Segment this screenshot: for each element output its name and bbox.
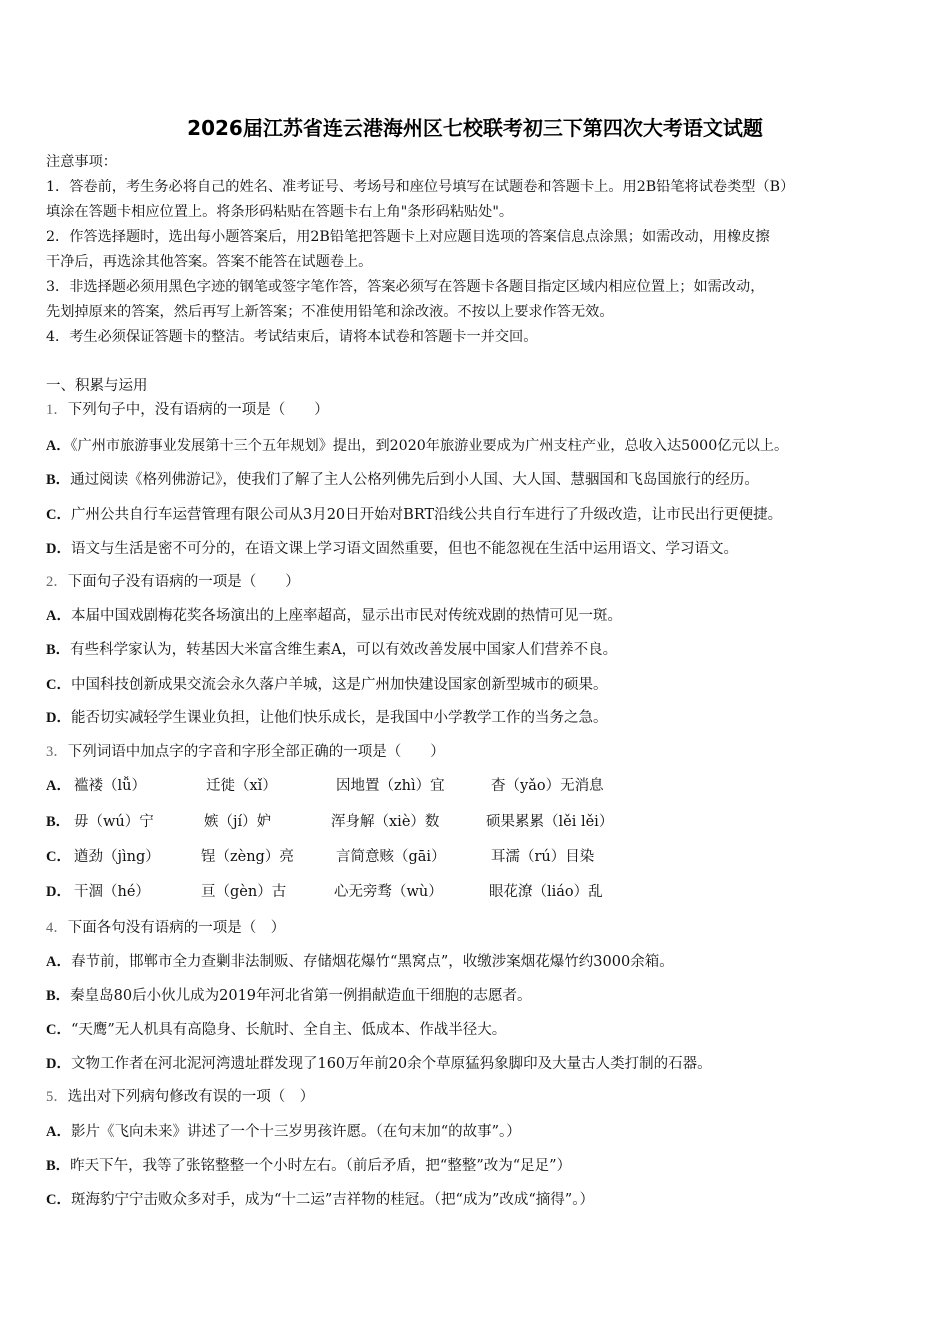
option-text: 通过阅读《格列佛游记》，使我们了解了主人公格列佛先后到小人国、大人国、慧骃国和飞… [70, 472, 759, 488]
question-5-option-a: A．影片《飞向未来》讲述了一个十三岁男孩许愿。（在句末加“的故事”。） [46, 1122, 521, 1142]
question-4-stem: 4．下面各句没有语病的一项是（ ） [46, 918, 285, 938]
question-3-option-a: A． 褴褛（lǚ） 迁徙（xǐ） 因地置（zhì）宜 杳（yǎo）无消息 [46, 776, 646, 796]
question-3-stem: 3．下列词语中加点字的字音和字形全部正确的一项是（ ） [46, 742, 445, 762]
word-item: 遒劲（jìng） [74, 847, 160, 867]
question-1-option-d: D．语文与生活是密不可分的，在语文课上学习语文固然重要，但也不能忽视在生活中运用… [46, 539, 738, 559]
option-letter: B． [46, 988, 70, 1004]
question-stem: 下列句子中，没有语病的一项是（ ） [68, 402, 329, 418]
question-stem: 选出对下列病句修改有误的一项（ ） [68, 1089, 315, 1105]
option-letter: C． [46, 507, 71, 523]
option-text: 语文与生活是密不可分的，在语文课上学习语文固然重要，但也不能忽视在生活中运用语文… [71, 541, 738, 557]
word-item: 硕果累累（lěi lěi） [486, 812, 613, 832]
exam-page: 2026届江苏省连云港海州区七校联考初三下第四次大考语文试题 注意事项： 1．答… [0, 0, 950, 1344]
option-text: 秦皇岛80后小伙儿成为2019年河北省第一例捐献造血干细胞的志愿者。 [70, 988, 531, 1004]
option-text: 本届中国戏剧梅花奖各场演出的上座率超高，显示出市民对传统戏剧的热情可见一斑。 [71, 608, 622, 624]
notice-line: 干净后，再选涂其他答案。答案不能答在试题卷上。 [46, 252, 372, 272]
question-number: 1． [46, 402, 68, 418]
notice-heading: 注意事项： [46, 152, 117, 172]
question-4-option-b: B．秦皇岛80后小伙儿成为2019年河北省第一例捐献造血干细胞的志愿者。 [46, 986, 532, 1006]
question-number: 2． [46, 574, 68, 590]
option-letter: D． [46, 541, 71, 557]
option-letter: B． [46, 1158, 70, 1174]
word-item: 杳（yǎo）无消息 [491, 776, 604, 796]
question-5-option-c: C．斑海豹宁宁击败众多对手，成为“十二运”吉祥物的桂冠。（把“成为”改成“摘得”… [46, 1190, 594, 1210]
option-letter: C． [46, 677, 71, 693]
question-4-option-a: A．春节前，邯郸市全力查剿非法制贩、存储烟花爆竹“黑窝点”，收缴涉案烟花爆竹约3… [46, 952, 674, 972]
option-text: 昨天下午，我等了张铭整整一个小时左右。（前后矛盾，把“整整”改为“足足”） [70, 1158, 571, 1174]
question-number: 4． [46, 920, 68, 936]
word-item: 褴褛（lǚ） [74, 776, 146, 796]
question-5-option-b: B．昨天下午，我等了张铭整整一个小时左右。（前后矛盾，把“整整”改为“足足”） [46, 1156, 571, 1176]
word-item: 嫉（jí）妒 [204, 812, 271, 832]
option-text: 春节前，邯郸市全力查剿非法制贩、存储烟花爆竹“黑窝点”，收缴涉案烟花爆竹约300… [71, 954, 674, 970]
notice-line: 先划掉原来的答案，然后再写上新答案；不准使用铅笔和涂改液。不按以上要求作答无效。 [46, 302, 614, 322]
question-4-option-c: C．“天鹰”无人机具有高隐身、长航时、全自主、低成本、作战半径大。 [46, 1020, 506, 1040]
option-text: 《广州市旅游事业发展第十三个五年规划》提出，到2020年旅游业要成为广州支柱产业… [70, 438, 788, 454]
option-letter: A． [46, 1124, 71, 1140]
word-item: 亘（gèn）古 [201, 882, 286, 902]
question-stem: 下列词语中加点字的字音和字形全部正确的一项是（ ） [68, 744, 445, 760]
question-2-option-b: B．有些科学家认为，转基因大米富含维生素A，可以有效改善发展中国家人们营养不良。 [46, 640, 617, 660]
word-item: 浑身解（xiè）数 [331, 812, 439, 832]
option-letter: A． [46, 776, 71, 796]
question-2-stem: 2．下面句子没有语病的一项是（ ） [46, 572, 300, 592]
question-number: 5． [46, 1089, 68, 1105]
notice-line: 4．考生必须保证答题卡的整洁。考试结束后，请将本试卷和答题卡一并交回。 [46, 327, 537, 347]
option-letter: D． [46, 882, 71, 902]
word-item: 迁徙（xǐ） [206, 776, 277, 796]
option-letter: B． [46, 472, 70, 488]
option-text: 能否切实减轻学生课业负担，让他们快乐成长，是我国中小学教学工作的当务之急。 [71, 710, 608, 726]
question-2-option-c: C．中国科技创新成果交流会永久落户羊城，这是广州加快建设国家创新型城市的硕果。 [46, 675, 607, 695]
word-item: 锃（zèng）亮 [201, 847, 294, 867]
question-1-option-b: B．通过阅读《格列佛游记》，使我们了解了主人公格列佛先后到小人国、大人国、慧骃国… [46, 470, 759, 490]
document-title: 2026届江苏省连云港海州区七校联考初三下第四次大考语文试题 [0, 112, 950, 141]
option-letter: A． [46, 608, 71, 624]
question-number: 3． [46, 744, 68, 760]
option-text: “天鹰”无人机具有高隐身、长航时、全自主、低成本、作战半径大。 [71, 1022, 506, 1038]
question-1-option-c: C．广州公共自行车运营管理有限公司从3月20日开始对BRT沿线公共自行车进行了升… [46, 505, 782, 525]
question-3-option-c: C． 遒劲（jìng） 锃（zèng）亮 言简意赅（gāi） 耳濡（rú）目染 [46, 847, 646, 867]
word-item: 毋（wú）宁 [74, 812, 154, 832]
option-text: 文物工作者在河北泥河湾遗址群发现了160万年前20余个草原猛犸象脚印及大量古人类… [71, 1056, 712, 1072]
question-4-option-d: D．文物工作者在河北泥河湾遗址群发现了160万年前20余个草原猛犸象脚印及大量古… [46, 1054, 712, 1074]
option-letter: D． [46, 710, 71, 726]
word-item: 心无旁骛（wù） [334, 882, 443, 902]
section-heading: 一、积累与运用 [46, 376, 148, 396]
word-item: 因地置（zhì）宜 [336, 776, 445, 796]
question-3-option-b: B． 毋（wú）宁 嫉（jí）妒 浑身解（xiè）数 硕果累累（lěi lěi） [46, 812, 646, 832]
option-letter: B． [46, 642, 70, 658]
word-item: 干涸（hé） [74, 882, 150, 902]
option-text: 中国科技创新成果交流会永久落户羊城，这是广州加快建设国家创新型城市的硕果。 [71, 677, 608, 693]
option-text: 影片《飞向未来》讲述了一个十三岁男孩许愿。（在句末加“的故事”。） [71, 1124, 521, 1140]
option-text: 有些科学家认为，转基因大米富含维生素A，可以有效改善发展中国家人们营养不良。 [70, 642, 617, 658]
option-letter: A． [46, 954, 71, 970]
word-item: 耳濡（rú）目染 [491, 847, 594, 867]
question-stem: 下面句子没有语病的一项是（ ） [68, 574, 300, 590]
option-letter: C． [46, 847, 71, 867]
option-letter: A． [46, 438, 70, 454]
question-1-option-a: A．《广州市旅游事业发展第十三个五年规划》提出，到2020年旅游业要成为广州支柱… [46, 436, 788, 456]
option-letter: C． [46, 1192, 71, 1208]
option-letter: D． [46, 1056, 71, 1072]
option-letter: C． [46, 1022, 71, 1038]
question-5-stem: 5．选出对下列病句修改有误的一项（ ） [46, 1087, 314, 1107]
word-item: 言简意赅（gāi） [336, 847, 446, 867]
question-3-option-d: D． 干涸（hé） 亘（gèn）古 心无旁骛（wù） 眼花潦（liáo）乱 [46, 882, 646, 902]
option-text: 斑海豹宁宁击败众多对手，成为“十二运”吉祥物的桂冠。（把“成为”改成“摘得”。） [71, 1192, 594, 1208]
notice-line: 填涂在答题卡相应位置上。将条形码粘贴在答题卡右上角"条形码粘贴处"。 [46, 202, 513, 222]
question-1-stem: 1．下列句子中，没有语病的一项是（ ） [46, 400, 329, 420]
question-2-option-a: A．本届中国戏剧梅花奖各场演出的上座率超高，显示出市民对传统戏剧的热情可见一斑。 [46, 606, 622, 626]
option-text: 广州公共自行车运营管理有限公司从3月20日开始对BRT沿线公共自行车进行了升级改… [71, 507, 782, 523]
notice-line: 3．非选择题必须用黑色字迹的钢笔或签字笔作答，答案必须写在答题卡各题目指定区域内… [46, 277, 764, 297]
question-2-option-d: D．能否切实减轻学生课业负担，让他们快乐成长，是我国中小学教学工作的当务之急。 [46, 708, 607, 728]
option-letter: B． [46, 812, 70, 832]
notice-line: 2．作答选择题时，选出每小题答案后，用2B铅笔把答题卡上对应题目选项的答案信息点… [46, 227, 770, 247]
word-item: 眼花潦（liáo）乱 [489, 882, 603, 902]
question-stem: 下面各句没有语病的一项是（ ） [68, 920, 286, 936]
notice-line: 1．答卷前，考生务必将自己的姓名、准考证号、考场号和座位号填写在试题卷和答题卡上… [46, 177, 794, 197]
